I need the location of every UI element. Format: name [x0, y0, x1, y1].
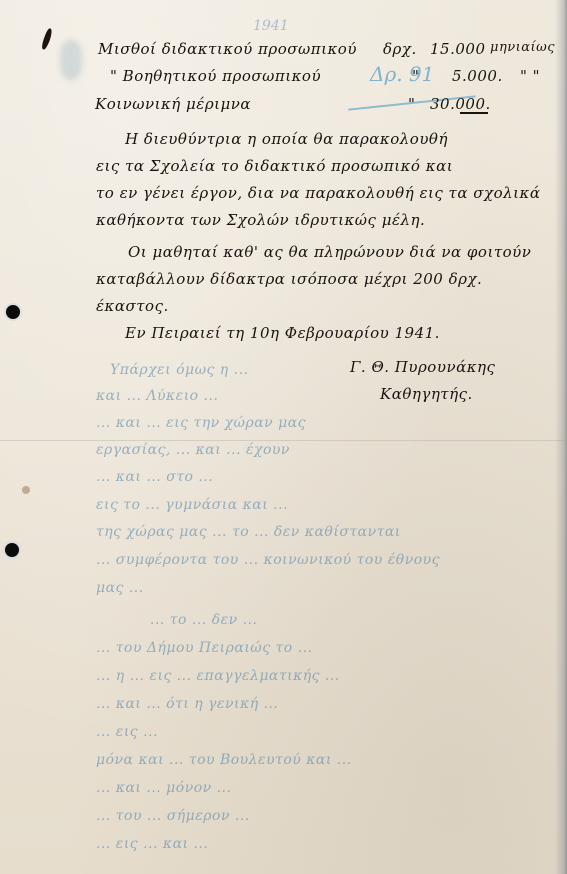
faded-line: της χώρας μας ... το ... δεν καθίστανται [96, 524, 401, 540]
faded-line: μας ... [96, 580, 144, 596]
ink-blot [40, 28, 53, 51]
faded-line: εις το ... γυμνάσια και ... [96, 497, 288, 513]
body-line: εις τα Σχολεία το διδακτικό προσωπικό κα… [96, 157, 453, 175]
faded-line: ... το ... δεν ... [150, 612, 257, 628]
rust-stain [22, 486, 30, 494]
punch-hole-top [6, 305, 20, 319]
paper-edge-shadow [555, 0, 567, 874]
faded-line: ... εις ... [96, 724, 158, 740]
salary-row-currency: δρχ. [383, 40, 417, 58]
date-line: Εν Πειραιεί τη 10η Φεβρουαρίου 1941. [125, 324, 440, 342]
signature-title: Καθηγητής. [380, 385, 473, 403]
faded-line: ... και ... εις την χώραν μας [96, 415, 306, 431]
faded-line: ... του Δήμου Πειραιώς το ... [96, 640, 313, 656]
total-dash [460, 112, 488, 114]
salary-row-label: Μισθοί διδακτικού προσωπικού [98, 40, 357, 58]
faded-line: ... εις ... και ... [96, 836, 208, 852]
blue-pencil-annotation: Δρ. 91 [370, 62, 434, 86]
body-line: το εν γένει έργον, δια να παρακολουθή ει… [96, 184, 540, 202]
faded-line: ... συμφέροντα του ... κοινωνικού του έθ… [96, 552, 440, 568]
salary-row-label: Κοινωνική μέριμνα [95, 95, 251, 113]
faded-line: μόνα και ... του Βουλευτού και ... [96, 752, 352, 768]
paper-fold-line [0, 440, 567, 441]
body-line: καταβάλλουν δίδακτρα ισόποσα μέχρι 200 δ… [96, 270, 482, 288]
body-line: καθήκοντα των Σχολών ιδρυτικώς μέλη. [96, 211, 425, 229]
punch-hole-bottom [5, 543, 19, 557]
body-line: Οι μαθηταί καθ' ας θα πληρώνουν διά να φ… [128, 243, 531, 261]
salary-row-period: μηνιαίως [490, 40, 555, 55]
salary-row-currency: " [408, 95, 415, 113]
salary-row-amount: 5.000. [452, 67, 503, 85]
faded-line: ... του ... σήμερον ... [96, 808, 250, 824]
body-line: Η διευθύντρια η οποία θα παρακολουθή [125, 130, 448, 148]
salary-row-period: " " [520, 67, 540, 85]
document-page: 1941 Δρ. 91 Μισθοί διδακτικού προσωπικού… [0, 0, 567, 874]
salary-row-amount: 30.000. [430, 95, 491, 113]
pencil-year-annotation: 1941 [253, 18, 289, 34]
faded-line: ... και ... στο ... [96, 469, 213, 485]
faded-line: ... και ... μόνον ... [96, 780, 231, 796]
faded-line: ... η ... εις ... επαγγελματικής ... [96, 668, 340, 684]
faded-line: εργασίας, ... και ... έχουν [96, 442, 290, 458]
faded-line: ... και ... ότι η γενική ... [96, 696, 278, 712]
salary-row-label: " Βοηθητικού προσωπικού [110, 67, 321, 85]
salary-row-currency: " [412, 67, 419, 85]
blue-smudge [60, 40, 82, 80]
faded-line: Υπάρχει όμως η ... [110, 362, 249, 378]
faded-line: και ... Λύκειο ... [96, 388, 218, 404]
body-line: έκαστος. [96, 297, 169, 315]
signature-name: Γ. Θ. Πυρουνάκης [350, 358, 495, 376]
salary-row-amount: 15.000 [430, 40, 486, 58]
